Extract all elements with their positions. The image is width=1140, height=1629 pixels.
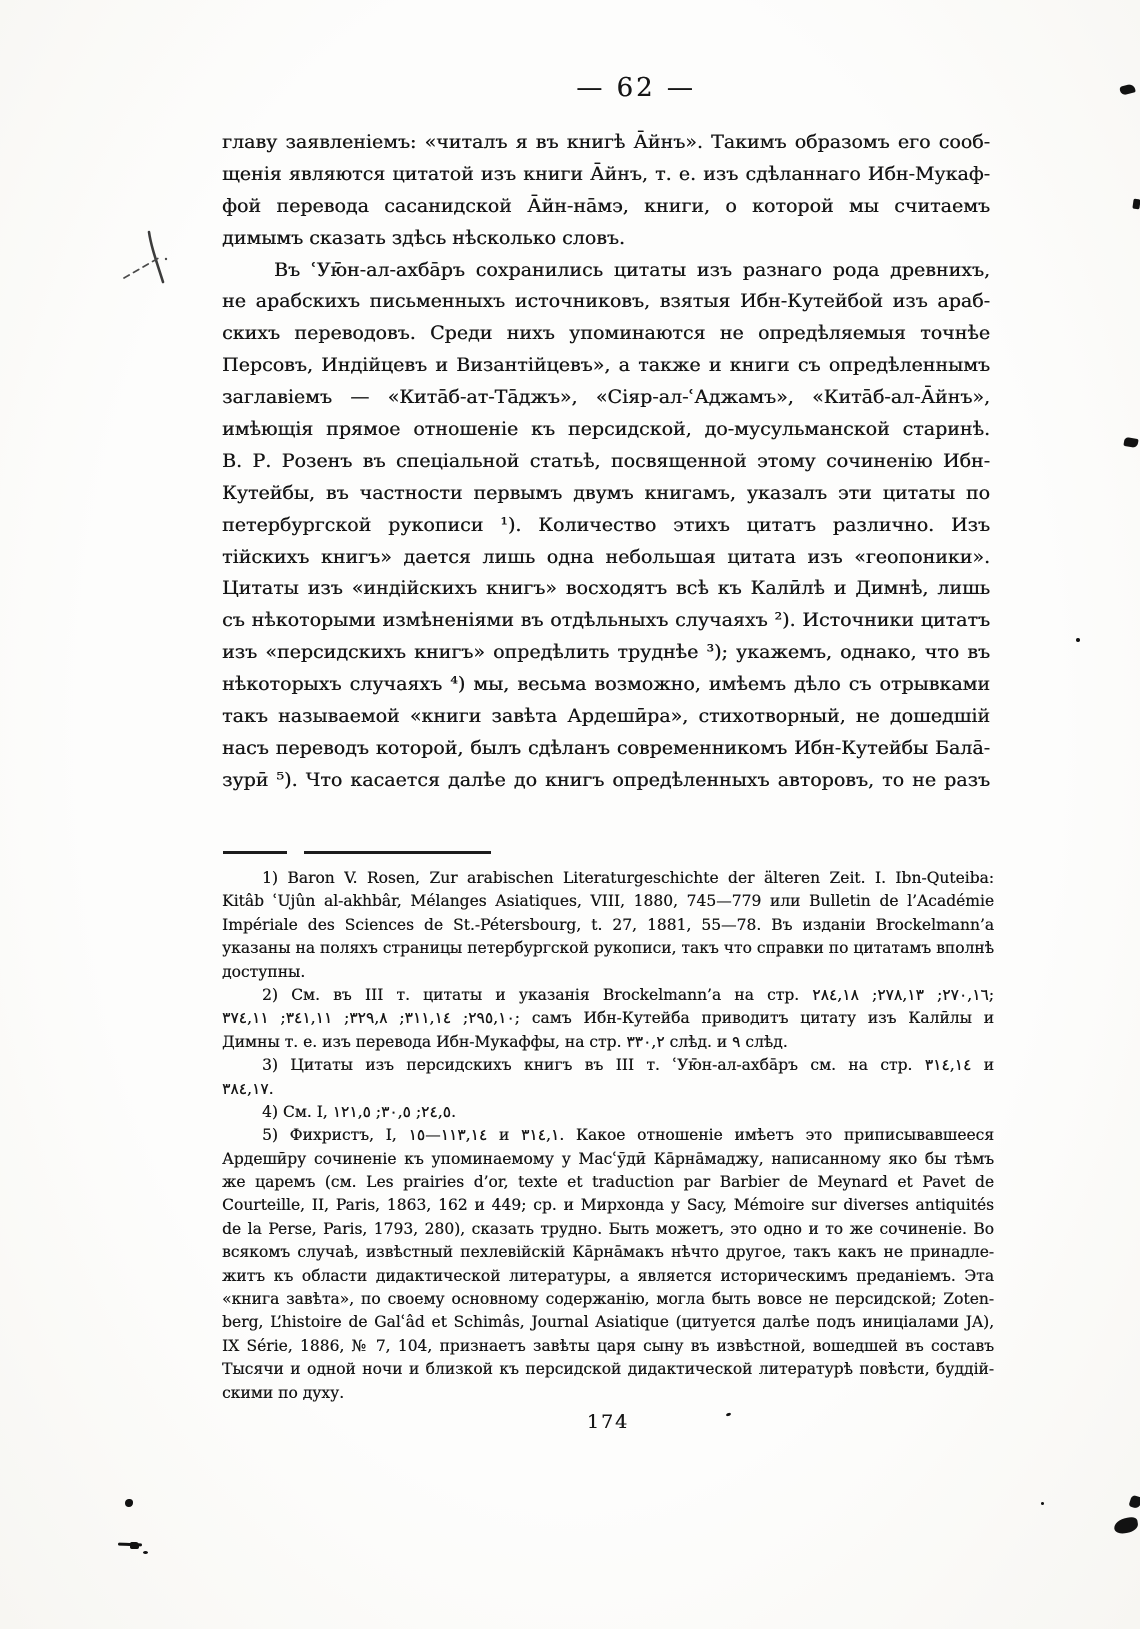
footnote-1: 1) Baron V. Rosen, Zur arabischen Litera… [222, 867, 994, 984]
scanned-book-page: { "page": { "page_number_top": "— 62 —",… [0, 0, 1140, 1629]
ink-speck [1119, 83, 1136, 95]
text-line: указаны на поляхъ страницы петербургской… [222, 937, 994, 960]
text-line: щенія являются цитатой изъ книги А̄йнъ, … [222, 159, 990, 191]
text-line: зурӣ ⁵). Что касается далѣе до книгъ опр… [222, 765, 990, 797]
footnote-3: 3) Цитаты изъ персидскихъ книгъ въ III т… [222, 1054, 994, 1101]
text-line: Цитаты изъ «индійскихъ книгъ» восходятъ … [222, 573, 990, 605]
ink-speck [143, 1551, 148, 1554]
page-number: — 62 — [250, 73, 1022, 103]
text-line: житъ къ области дидактической литературы… [222, 1265, 994, 1288]
footnote-separator-segment [223, 851, 287, 854]
text-line: же царемъ (см. Les prairies d’or, texte … [222, 1171, 994, 1194]
text-line: Impériale des Sciences de St.-Pétersbour… [222, 914, 994, 937]
text-line: не арабскихъ письменныхъ источниковъ, вз… [222, 286, 990, 318]
ink-speck [1123, 437, 1138, 448]
text-line: 1) Baron V. Rosen, Zur arabischen Litera… [222, 867, 994, 890]
text-line: «книга завѣта», по своему основному соде… [222, 1288, 994, 1311]
text-line: димымъ сказать здѣсь нѣсколько словъ. [222, 223, 990, 255]
text-line: Персовъ, Индійцевъ и Византійцевъ», а та… [222, 350, 990, 382]
text-line: фой перевода сасанидской А̄йн-на̄мэ, кни… [222, 191, 990, 223]
text-line: Ардешӣру сочиненіе къ упоминаемому у Мас… [222, 1148, 994, 1171]
footnote-5: 5) Фихристъ, I, ١١٣,١٤—١٥ и ٣١٤,١. Какое… [222, 1124, 994, 1405]
text-line: ٢٩٥,١٠; ٣١١,١٤; ٣٢٩,٨; ٣٤١,١١; ٣٧٤,١١; с… [222, 1007, 994, 1030]
text-line: В. Р. Розенъ въ спеціальной статьѣ, посв… [222, 446, 990, 478]
text-line: IX Série, 1886, № 7, 104, признаетъ завѣ… [222, 1335, 994, 1358]
footnote-separator-rule [223, 851, 493, 854]
text-line: berg, L’histoire de Galʿâd et Schimâs, J… [222, 1311, 994, 1334]
text-line: 3) Цитаты изъ персидскихъ книгъ въ III т… [222, 1054, 994, 1077]
ink-speck [1041, 1502, 1044, 1505]
text-line: имѣющія прямое отношеніе къ персидской, … [222, 414, 990, 446]
ink-speck [1132, 199, 1140, 210]
text-line: Courteille, II, Paris, 1863, 162 и 449; … [222, 1194, 994, 1217]
text-line: Въ ʿУю̄н-ал-ахба̄ръ сохранились цитаты и… [222, 255, 990, 287]
body-paragraph-1: главу заявленіемъ: «читалъ я въ книгѣ А̄… [222, 127, 990, 255]
footnote-separator-segment [304, 851, 491, 854]
text-line: Димны т. е. изъ перевода Ибн-Мукаффы, на… [222, 1031, 994, 1054]
body-text: главу заявленіемъ: «читалъ я въ книгѣ А̄… [222, 127, 990, 797]
text-line: насъ переводъ которой, былъ сдѣланъ совр… [222, 733, 990, 765]
text-line: петербургской рукописи ¹). Количество эт… [222, 510, 990, 542]
signature-mark: 174 [222, 1411, 994, 1433]
ink-speck [130, 1542, 139, 1549]
text-line: скими по духу. [222, 1382, 994, 1405]
text-line: нѣкоторыхъ случаяхъ ⁴) мы, весьма возмож… [222, 669, 990, 701]
footnotes: 1) Baron V. Rosen, Zur arabischen Litera… [222, 867, 994, 1405]
text-line: Kitâb ʿUjûn al-akhbâr, Mélanges Asiatiqu… [222, 890, 994, 913]
footnote-4: 4) См. I, ٢٤,٥; ٣٠,٥; ١٢١,٥. [222, 1101, 994, 1124]
text-line: доступны. [222, 961, 994, 984]
text-line: всякомъ случаѣ, извѣстный пехлевійскій К… [222, 1241, 994, 1264]
text-line: ٣٨٤,١٧. [222, 1078, 994, 1101]
body-paragraph-2: Въ ʿУю̄н-ал-ахба̄ръ сохранились цитаты и… [222, 255, 990, 797]
text-line: 5) Фихристъ, I, ١١٣,١٤—١٥ и ٣١٤,١. Какое… [222, 1124, 994, 1147]
text-line: заглавіемъ — «Кита̄б-ат-Та̄джъ», «Сіяр-а… [222, 382, 990, 414]
text-line: 4) См. I, ٢٤,٥; ٣٠,٥; ١٢١,٥. [222, 1101, 994, 1124]
ink-speck [1076, 638, 1080, 642]
ink-speck [125, 1499, 133, 1507]
text-line: главу заявленіемъ: «читалъ я въ книгѣ А̄… [222, 127, 990, 159]
pencil-check-mark [112, 222, 182, 292]
text-line: Кутейбы, въ частности первымъ двумъ книг… [222, 478, 990, 510]
text-line: изъ «персидскихъ книгъ» опредѣлить трудн… [222, 637, 990, 669]
text-line: Тысячи и одной ночи и близкой къ персидс… [222, 1358, 994, 1381]
ink-speck [1128, 1495, 1140, 1510]
text-line: de la Perse, Paris, 1793, 280), сказать … [222, 1218, 994, 1241]
footnote-2: 2) См. въ III т. цитаты и указанія Brock… [222, 984, 994, 1054]
text-line: тійскихъ книгъ» дается лишь одна небольш… [222, 542, 990, 574]
text-line: скихъ переводовъ. Среди нихъ упоминаются… [222, 318, 990, 350]
text-line: такъ называемой «книги завѣта Ардешӣра»,… [222, 701, 990, 733]
text-line: 2) См. въ III т. цитаты и указанія Brock… [222, 984, 994, 1007]
ink-speck [1113, 1516, 1139, 1535]
text-line: съ нѣкоторыми измѣненіями въ отдѣльныхъ … [222, 605, 990, 637]
